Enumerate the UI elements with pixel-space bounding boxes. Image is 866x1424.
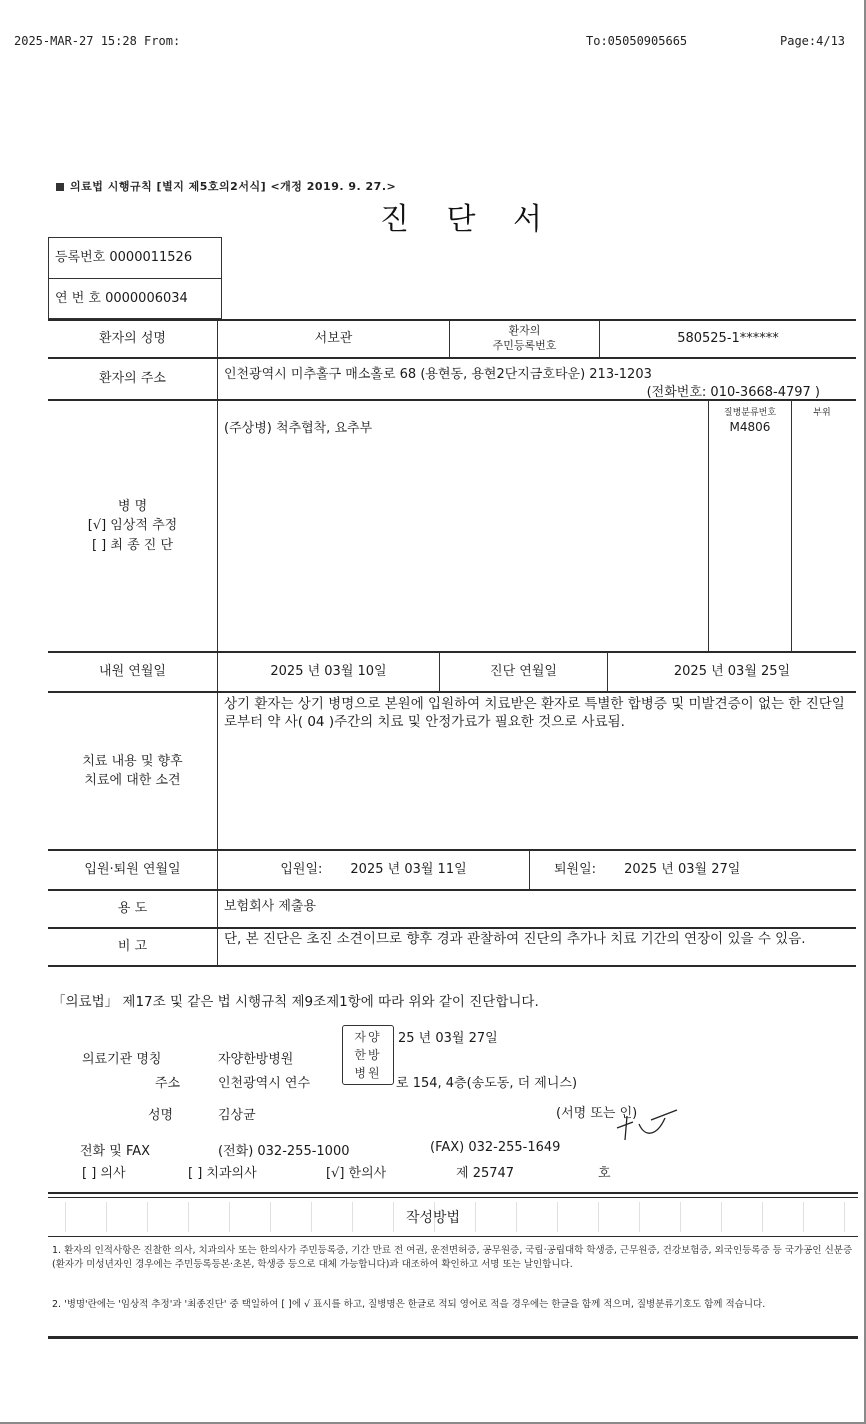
purpose-value: 보험회사 제출용 [218,891,856,927]
admission-date: 2025 년 03월 11일 [350,861,466,879]
opinion-label: 치료 내용 및 향후 치료에 대한 소견 [48,693,218,849]
admission-row: 입원·퇴원 연월일 입원일: 2025 년 03월 11일 퇴원일: 2025 … [48,849,856,889]
fax-recipient: To:05050905665 [586,34,687,48]
license-suffix: 호 [598,1162,611,1181]
hospital-phone: (전화) 032-255-1000 [218,1140,349,1159]
patient-name-row: 환자의 성명 서보관 환자의 주민등록번호 580525-1****** [48,319,856,357]
serial-number-value: 0000006034 [105,291,188,306]
diagnosis-row: 병 명 [√] 임상적 추정 [ ] 최 종 진 단 (주상병) 척추협착, 요… [48,399,856,651]
divider-bottom [48,1336,858,1339]
dates-row: 내원 연월일 2025 년 03월 10일 진단 연월일 2025 년 03월 … [48,651,856,691]
diagnosis-cell: (주상병) 척추협착, 요추부 질병분류번호 M4806 부위 [218,401,856,651]
type-dentist-checkbox[interactable]: [ ] 치과의사 [188,1162,257,1181]
purpose-label: 용 도 [48,891,218,927]
remarks-value: 단, 본 진단은 초진 소견이므로 향후 경과 관찰하여 진단의 추가나 치료 … [218,929,856,965]
institution-address-start: 인천광역시 연수 [218,1072,310,1091]
admission-date-cell: 입원일: 2025 년 03월 11일 [218,851,530,889]
patient-name: 서보관 [218,321,450,357]
institution-address-end: 로 154, 4층(송도동, 더 제니스) [396,1072,577,1091]
option-clinical-estimate[interactable]: [√] 임상적 추정 [88,516,177,536]
type-doctor-checkbox[interactable]: [ ] 의사 [82,1162,126,1181]
opinion-text: 상기 환자는 상기 병명으로 본원에 입원하여 치료받은 환자로 특별한 합병증… [218,693,856,849]
patient-name-label: 환자의 성명 [48,321,218,357]
serial-number: 연 번 호 0000006034 [49,278,221,318]
discharge-date-cell: 퇴원일: 2025 년 03월 27일 [530,851,856,889]
form-reference: 의료법 시행규칙 [별지 제5호의2서식] <개정 2019. 9. 27.> [56,178,396,194]
doctor-name: 김상균 [218,1104,256,1123]
disease-code: M4806 [709,420,791,434]
admission-date-label: 입원일: [280,861,322,879]
registration-number-value: 0000011526 [109,250,192,265]
registration-number: 등록번호 0000011526 [49,238,221,278]
institution-name-label: 의료기관 명칭 [82,1048,161,1067]
patient-rrn: 580525-1****** [600,321,856,357]
handwritten-signature-icon [605,1098,685,1143]
opinion-row: 치료 내용 및 향후 치료에 대한 소견 상기 환자는 상기 병명으로 본원에 … [48,691,856,849]
patient-address-cell: 인천광역시 미추홀구 매소홀로 68 (용현동, 용현2단지금호타운) 213-… [218,359,856,399]
remarks-label: 비 고 [48,929,218,965]
serial-number-label: 연 번 호 [55,291,101,306]
disease-code-header: 질병분류번호 [709,405,791,418]
instructions-title: 작성방법 [0,1207,866,1227]
patient-address-label: 환자의 주소 [48,359,218,399]
diagnosis-title: 병 명 [118,497,147,517]
admission-label: 입원·퇴원 연월일 [48,851,218,889]
divider-top-thin [48,1197,858,1198]
license-number: 제 25747 [456,1162,514,1181]
doctor-name-label: 성명 [148,1104,173,1123]
diagnosis-label: 병 명 [√] 임상적 추정 [ ] 최 종 진 단 [48,401,218,651]
fax-datetime: 2025-MAR-27 15:28 From: [14,34,180,48]
hospital-fax: (FAX) 032-255-1649 [430,1140,560,1155]
diagnosis-form-table: 환자의 성명 서보관 환자의 주민등록번호 580525-1****** 환자의… [48,319,856,967]
onset-date: 2025 년 03월 10일 [218,653,440,691]
institution-name: 자양한방병원 [218,1048,293,1067]
instruction-note-2: 2. '병명'란에는 '임상적 추정'과 '최종진단' 중 택일하여 [ ]에 … [52,1298,860,1312]
hospital-seal-stamp: 자양 한방 병원 [342,1025,394,1085]
purpose-row: 용 도 보험회사 제출용 [48,889,856,927]
diagnosis-date: 2025 년 03월 25일 [608,653,856,691]
issue-date: 25 년 03월 27일 [398,1027,498,1046]
option-final-diagnosis[interactable]: [ ] 최 종 진 단 [92,536,173,556]
remarks-row: 비 고 단, 본 진단은 초진 소견이므로 향후 경과 관찰하여 진단의 추가나… [48,927,856,967]
disease-code-column: 질병분류번호 M4806 [708,401,792,651]
patient-address-row: 환자의 주소 인천광역시 미추홀구 매소홀로 68 (용현동, 용현2단지금호타… [48,357,856,399]
document-title: 진 단 서 [380,194,556,238]
registration-number-label: 등록번호 [55,250,105,265]
diagnosis-date-label: 진단 연월일 [440,653,608,691]
square-bullet-icon [56,183,64,191]
divider-instructions [48,1236,858,1237]
body-part-header: 부위 [792,405,852,418]
patient-phone: (전화번호: 010-3668-4797 ) [647,381,820,400]
patient-address: 인천광역시 미추홀구 매소홀로 68 (용현동, 용현2단지금호타운) 213-… [224,363,850,382]
discharge-date-label: 퇴원일: [554,861,596,879]
institution-address-label: 주소 [155,1072,180,1091]
divider-top [48,1192,858,1194]
contact-label: 전화 및 FAX [80,1140,150,1159]
onset-date-label: 내원 연월일 [48,653,218,691]
form-reference-text: 의료법 시행규칙 [별지 제5호의2서식] <개정 2019. 9. 27.> [70,180,396,193]
patient-rrn-label: 환자의 주민등록번호 [450,321,600,357]
instruction-note-1: 1. 환자의 인적사항은 진찰한 의사, 치과의사 또는 한의사가 주민등록증,… [52,1244,860,1272]
type-oriental-doctor-checkbox[interactable]: [√] 한의사 [326,1162,386,1181]
registration-box: 등록번호 0000011526 연 번 호 0000006034 [48,237,222,319]
legal-statement: 「의료법」 제17조 및 같은 법 시행규칙 제9조제1항에 따라 위와 같이 … [52,990,539,1010]
discharge-date: 2025 년 03월 27일 [624,861,740,879]
fax-page-number: Page:4/13 [780,34,845,48]
diagnosis-text: (주상병) 척추협착, 요추부 [224,417,372,436]
